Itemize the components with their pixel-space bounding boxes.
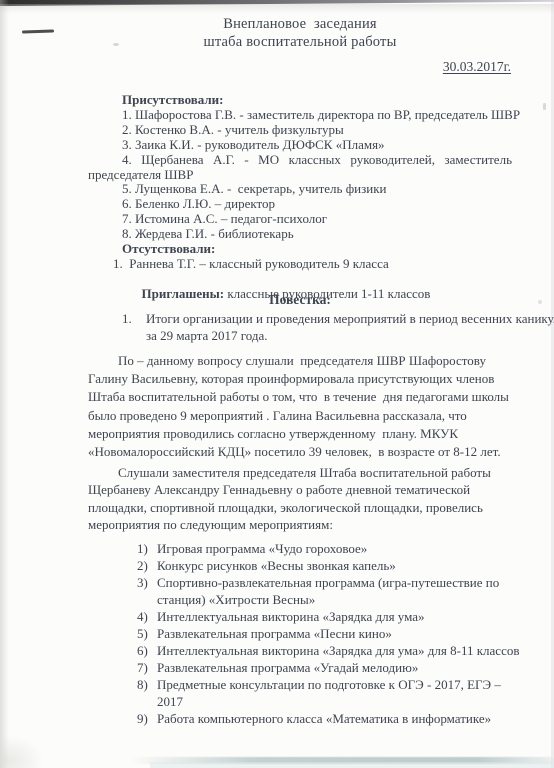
event-marker: 9) (137, 710, 157, 727)
attendee-line: 7. Истомина А.С. – педагог-психолог (88, 212, 512, 227)
scan-top-shadow-artifact (0, 4, 554, 14)
absent-line: 1. Раннева Т.Г. – классный руководитель … (88, 257, 512, 272)
attendee-line: 3. Заика К.И. - руководитель ДЮФСК «Плам… (88, 138, 512, 153)
event-marker: 6) (137, 642, 157, 659)
event-marker: 1) (137, 540, 157, 557)
paragraph-line: площадки, спортивной площадки, экологиче… (88, 499, 512, 516)
event-marker (137, 693, 157, 710)
paragraph-line: Галину Васильевну, которая проинформиров… (88, 370, 512, 388)
title-line: Внеплановое заседания (88, 15, 512, 33)
event-line: 2)Конкурс рисунков «Весны звонкая капель… (137, 557, 512, 574)
scan-left-edge-artifact (0, 0, 9, 768)
event-marker: 2) (137, 557, 157, 574)
event-line-continuation: станция) «Хитрости Весны» (137, 591, 512, 608)
scan-bottom-band-artifact (130, 757, 554, 764)
report-paragraph-shcherbaneva: Слушали заместителя председателя Штаба в… (88, 464, 512, 534)
pen-dash-mark (22, 29, 54, 33)
attendee-line: 1. Шафоростова Г.В. - заместитель директ… (88, 108, 512, 123)
events-list: 1)Игровая программа «Чудо гороховое» 2)К… (88, 540, 512, 727)
paragraph-line: Щербаневу Александру Геннадьевну о работ… (88, 481, 512, 498)
paragraph-line: «Новомалороссийский КДЦ» посетило 39 чел… (88, 443, 512, 461)
scan-speck (543, 103, 546, 110)
agenda-item: 1. Итоги организации и проведения меропр… (88, 310, 512, 344)
document-date: 30.03.2017г. (443, 59, 511, 75)
absent-heading: Отсутствовали: (88, 242, 512, 257)
paragraph-line: По – данному вопросу слушали председател… (88, 352, 512, 370)
paragraph-line: было проведено 9 мероприятий . Галина Ва… (88, 407, 512, 425)
event-line: 9)Работа компьютерного класса «Математик… (137, 710, 512, 727)
paragraph-line: Штаба воспитательной работы о том, что в… (88, 388, 512, 406)
event-marker: 8) (137, 676, 157, 693)
attendee-line: 5. Лущенкова Е.А. - секретарь, учитель ф… (88, 182, 512, 197)
event-marker: 4) (137, 608, 157, 625)
agenda-item-text: Итоги организации и проведения мероприят… (146, 310, 554, 344)
scan-bottom-band-artifact (150, 762, 554, 768)
event-line: 4)Интеллектуальная викторина «Зарядка дл… (137, 608, 512, 625)
agenda-item-marker: 1. (122, 310, 146, 344)
paragraph-line: мероприятия проводились согласно утвержд… (88, 425, 512, 443)
event-line: 8)Предметные консультации по подготовке … (137, 676, 512, 693)
attendees-heading: Присутствовали: (88, 93, 512, 108)
event-line: 3)Спортивно-развлекательная программа (и… (137, 574, 512, 591)
paragraph-line: мероприятия по следующим мероприятиям: (88, 516, 512, 533)
attendee-line: 2. Костенко В.А. - учитель физкультуры (88, 123, 512, 138)
event-line: 7)Развлекательная программа «Угадай мело… (137, 659, 512, 676)
paragraph-line: Слушали заместителя председателя Штаба в… (88, 464, 512, 481)
document-page: Внеплановое заседания штаба воспитательн… (0, 0, 554, 768)
event-line: 1)Игровая программа «Чудо гороховое» (137, 540, 512, 557)
report-paragraph-shaforostova: По – данному вопросу слушали председател… (88, 352, 512, 461)
event-marker: 5) (137, 625, 157, 642)
event-marker: 7) (137, 659, 157, 676)
document-title: Внеплановое заседания штаба воспитательн… (88, 15, 512, 51)
attendee-line: 4. Щербанева А.Г. - МО классных руководи… (122, 153, 512, 168)
scan-speck (538, 300, 542, 304)
event-marker: 3) (137, 574, 157, 591)
attendee-line-continuation: председателя ШВР (88, 168, 512, 183)
event-line: 5)Развлекательная программа «Песни кино» (137, 625, 512, 642)
attendee-line: 8. Жердева Г.И. - библиотекарь (88, 227, 512, 242)
event-line: 6)Интеллектуальная викторина «Зарядка дл… (137, 642, 512, 659)
scan-smudge-artifact (0, 735, 44, 768)
title-line: штаба воспитательной работы (88, 33, 512, 51)
event-line-continuation: 2017 (137, 693, 512, 710)
event-marker (137, 591, 157, 608)
attendee-line: 6. Беленко Л.Ю. – директор (88, 197, 512, 212)
agenda-heading: Повестка: (88, 292, 512, 308)
scan-top-edge-artifact (0, 0, 554, 6)
attendees-section: Присутствовали: 1. Шафоростова Г.В. - за… (88, 93, 512, 317)
